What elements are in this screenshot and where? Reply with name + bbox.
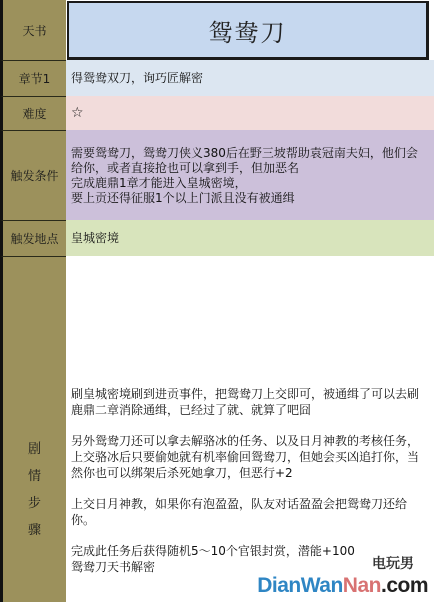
- trigger-location-value: 皇城密境: [66, 220, 434, 256]
- steps-label-char: 步: [28, 490, 41, 517]
- step-paragraph: 上交日月神教，如果你有泡盈盈，队友对话盈盈会把鸳鸯刀还给你。: [71, 496, 422, 528]
- header-label: 天书: [0, 0, 66, 60]
- steps-row: 剧 情 步 骤 刷皇城密境刷到进贡事件，把鸳鸯刀上交即可，被通缉了可以去刷鹿鼎二…: [0, 256, 434, 602]
- steps-label-char: 剧: [28, 436, 41, 463]
- trigger-location-row: 触发地点 皇城密境: [0, 220, 434, 256]
- chapter-value: 得鸳鸯双刀，询巧匠解密: [66, 60, 434, 96]
- trigger-conditions-label: 触发条件: [0, 130, 66, 220]
- watermark-cn-text: 电玩男: [257, 553, 414, 573]
- chapter-label: 章节1: [0, 60, 66, 96]
- chapter-row: 章节1 得鸳鸯双刀，询巧匠解密: [0, 60, 434, 96]
- steps-label: 剧 情 步 骤: [0, 256, 66, 602]
- difficulty-row: 难度 ☆: [0, 96, 434, 130]
- condition-line: 要上贡还得征服1个以上门派且没有被通缉: [71, 191, 420, 206]
- condition-line: 完成鹿鼎1章才能进入皇城密境，: [71, 176, 420, 191]
- quest-sheet: 天书 鸳鸯刀 章节1 得鸳鸯双刀，询巧匠解密 难度 ☆ 触发条件 需要鸳鸯刀，鸳…: [0, 0, 434, 602]
- trigger-conditions-value: 需要鸳鸯刀，鸳鸯刀侠义380后在野三坡帮助袁冠南夫妇，他们会给你，或者直接抢也可…: [66, 130, 434, 220]
- header-row: 天书 鸳鸯刀: [0, 0, 434, 60]
- trigger-location-label: 触发地点: [0, 220, 66, 256]
- site-watermark: 电玩男 DianWanNan.com: [257, 553, 428, 598]
- steps-content: 刷皇城密境刷到进贡事件，把鸳鸯刀上交即可，被通缉了可以去刷鹿鼎二章消除通缉，已经…: [66, 256, 434, 602]
- condition-line: 需要鸳鸯刀，鸳鸯刀侠义380后在野三坡帮助袁冠南夫妇，他们会给你，或者直接抢也可…: [71, 146, 420, 176]
- watermark-en-tail: .com: [381, 574, 428, 597]
- steps-label-char: 骤: [28, 517, 41, 544]
- watermark-en-red: Nan: [343, 574, 381, 597]
- watermark-en-main: DianWan: [257, 574, 343, 597]
- steps-label-char: 情: [28, 463, 41, 490]
- step-paragraph: 刷皇城密境刷到进贡事件，把鸳鸯刀上交即可，被通缉了可以去刷鹿鼎二章消除通缉，已经…: [71, 386, 422, 418]
- difficulty-label: 难度: [0, 96, 66, 130]
- trigger-conditions-row: 触发条件 需要鸳鸯刀，鸳鸯刀侠义380后在野三坡帮助袁冠南夫妇，他们会给你，或者…: [0, 130, 434, 220]
- difficulty-star-icon: ☆: [66, 96, 434, 130]
- quest-title: 鸳鸯刀: [67, 1, 429, 60]
- watermark-logo: DianWanNan.com: [257, 574, 428, 598]
- step-paragraph: 另外鸳鸯刀还可以拿去解骆冰的任务、以及日月神教的考核任务，上交骆冰后只要偷她就有…: [71, 433, 422, 481]
